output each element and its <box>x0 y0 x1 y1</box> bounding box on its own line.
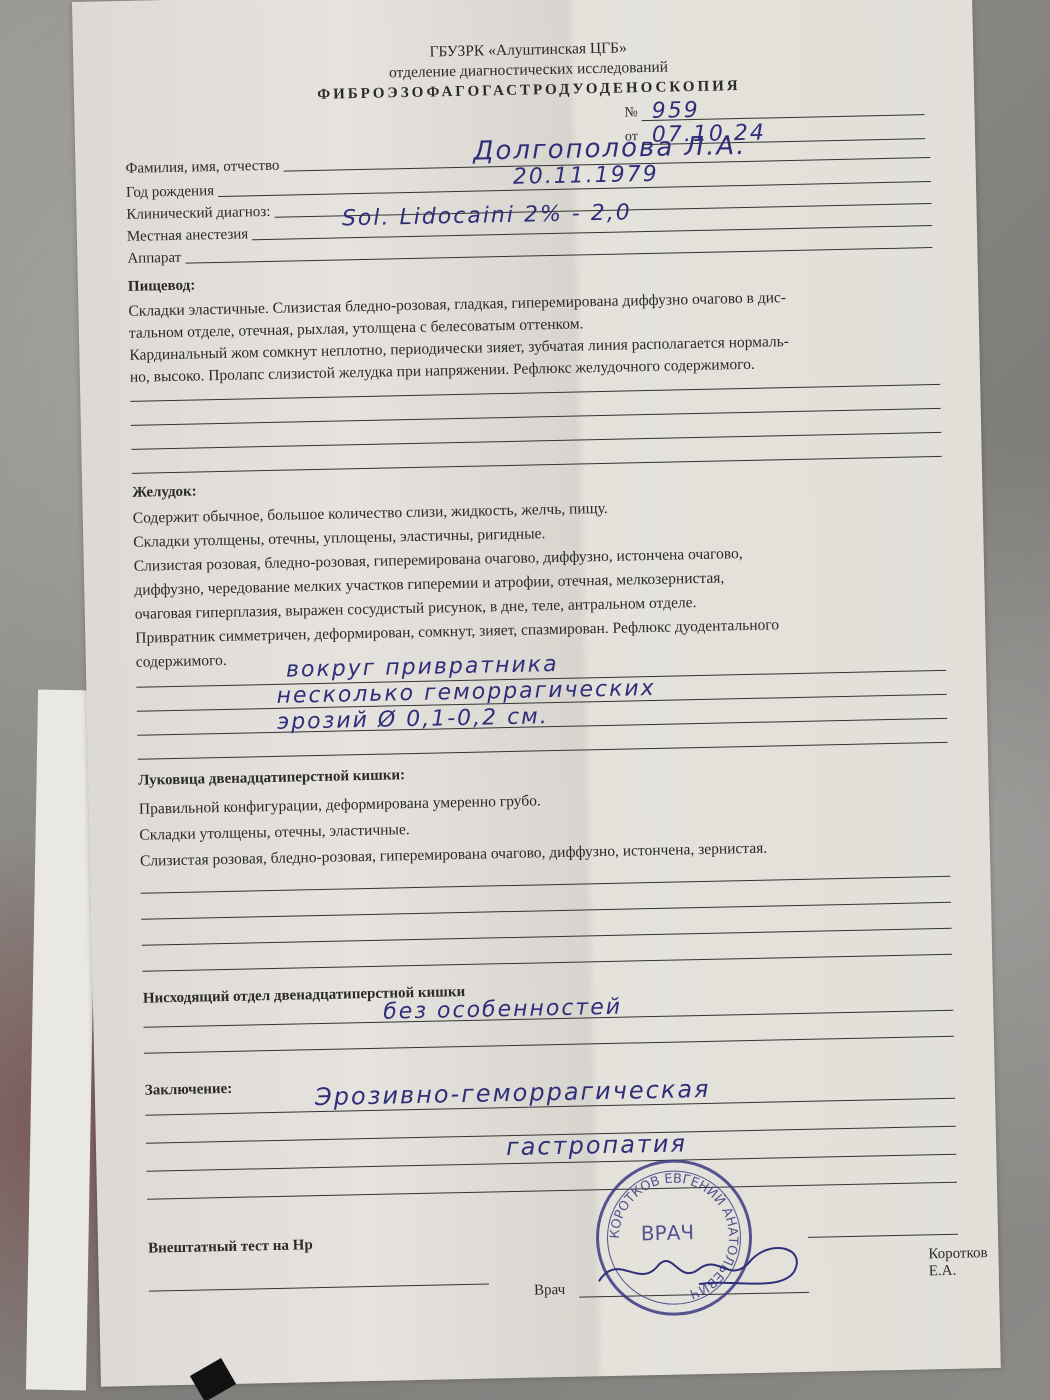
local-anesthesia-label: Местная анестезия <box>127 226 253 246</box>
blank-line <box>808 1234 958 1238</box>
birth-date-value: 20.11.1979 <box>513 162 659 190</box>
blank-line <box>147 1182 957 1200</box>
local-anesthesia-value: Sol. Lidocaini 2% - 2,0 <box>342 200 632 231</box>
signature-scribble-icon <box>578 1227 819 1302</box>
descending-handwritten-note: без особенностей <box>383 995 622 1025</box>
blank-line <box>149 1284 489 1292</box>
blank-line <box>138 742 948 760</box>
device-label: Аппарат <box>127 250 185 268</box>
patient-name-label: Фамилия, имя, отчество <box>125 158 283 178</box>
report-number-label: № <box>624 105 638 121</box>
blank-line <box>130 384 940 402</box>
hp-test-title: Внештатный тест на Hp <box>148 1237 313 1257</box>
blank-line <box>142 928 952 946</box>
conclusion-handwritten-note: Эрозивно-геморрагическая <box>315 1075 711 1111</box>
blank-line <box>131 432 941 450</box>
doctor-label: Врач <box>534 1282 565 1300</box>
stomach-section-title: Желудок: <box>132 483 197 501</box>
conclusion-section-title: Заключение: <box>145 1081 233 1100</box>
clinical-diagnosis-label: Клинический диагноз: <box>126 204 274 224</box>
endoscopy-report-sheet: ГБУЗРК «Алуштинская ЦГБ» отделение диагн… <box>72 0 1001 1387</box>
blank-line <box>142 954 952 972</box>
esophagus-section-title: Пищевод: <box>128 277 196 295</box>
blank-line <box>131 408 941 426</box>
report-number-value: 959 <box>652 98 701 124</box>
blank-line <box>141 902 951 920</box>
bulb-section-title: Луковица двенадцатиперстной кишки: <box>138 767 405 790</box>
stomach-handwritten-note: эрозий Ø 0,1-0,2 см. <box>277 704 549 735</box>
underlying-sheet <box>26 690 98 1391</box>
blank-line <box>132 456 942 474</box>
stomach-description: Содержит обычное, большое количество сли… <box>133 490 941 675</box>
blank-line <box>144 1036 954 1054</box>
esophagus-description: Складки эластичные. Слизистая бледно-роз… <box>128 284 935 389</box>
conclusion-handwritten-note: гастропатия <box>506 1129 687 1161</box>
birth-date-label: Год рождения <box>126 183 218 202</box>
doctor-name: Коротков Е.А. <box>928 1245 988 1280</box>
bulb-description: Правильной конфигурации, деформирована у… <box>139 780 945 875</box>
blank-line <box>141 876 951 894</box>
patient-name-value: Долгополова Л.А. <box>473 131 747 167</box>
